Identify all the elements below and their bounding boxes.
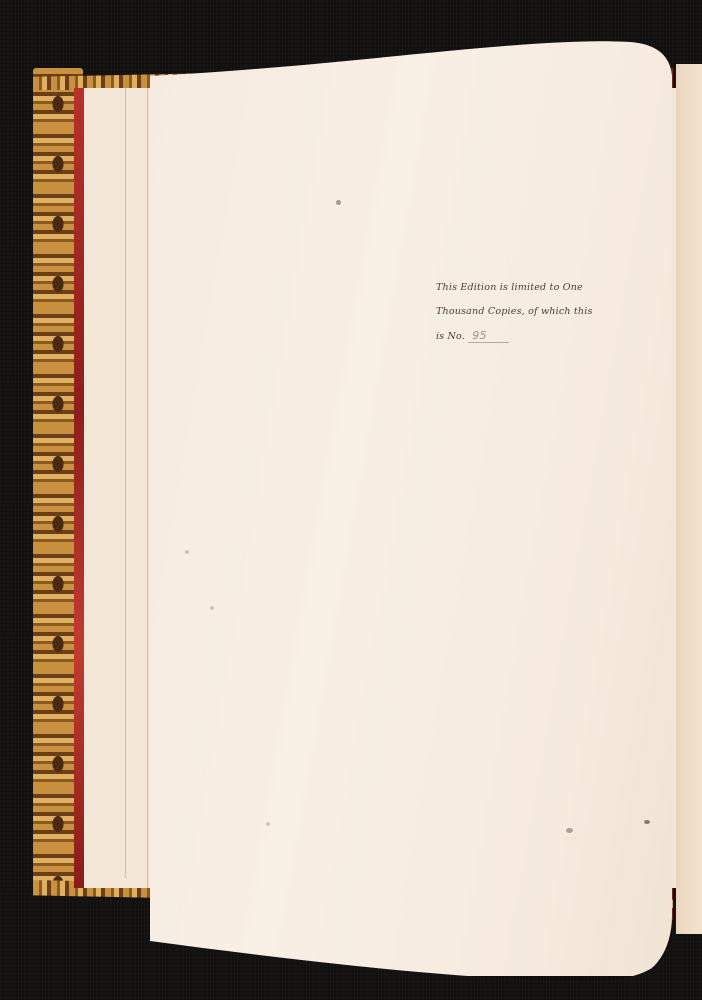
fold-line-1 [125,88,126,878]
curved-page [150,36,672,976]
next-page-edge [676,64,702,934]
foxing-spot [644,820,650,824]
foxing-spot [336,200,341,205]
limitation-prefix: is No. [436,331,465,342]
limitation-line-2: Thousand Copies, of which this [436,300,606,324]
red-doublure [74,88,84,888]
foxing-spot [566,828,573,833]
foxing-spot [266,822,270,826]
fold-line-2 [147,88,148,888]
foxing-spot [185,550,189,554]
limitation-statement: This Edition is limited to One Thousand … [436,276,606,349]
limitation-line-3: is No. 95 [436,324,606,349]
foxing-spot [210,606,214,610]
limitation-line-1: This Edition is limited to One [436,276,606,300]
handwritten-copy-number: 95 [468,329,508,343]
